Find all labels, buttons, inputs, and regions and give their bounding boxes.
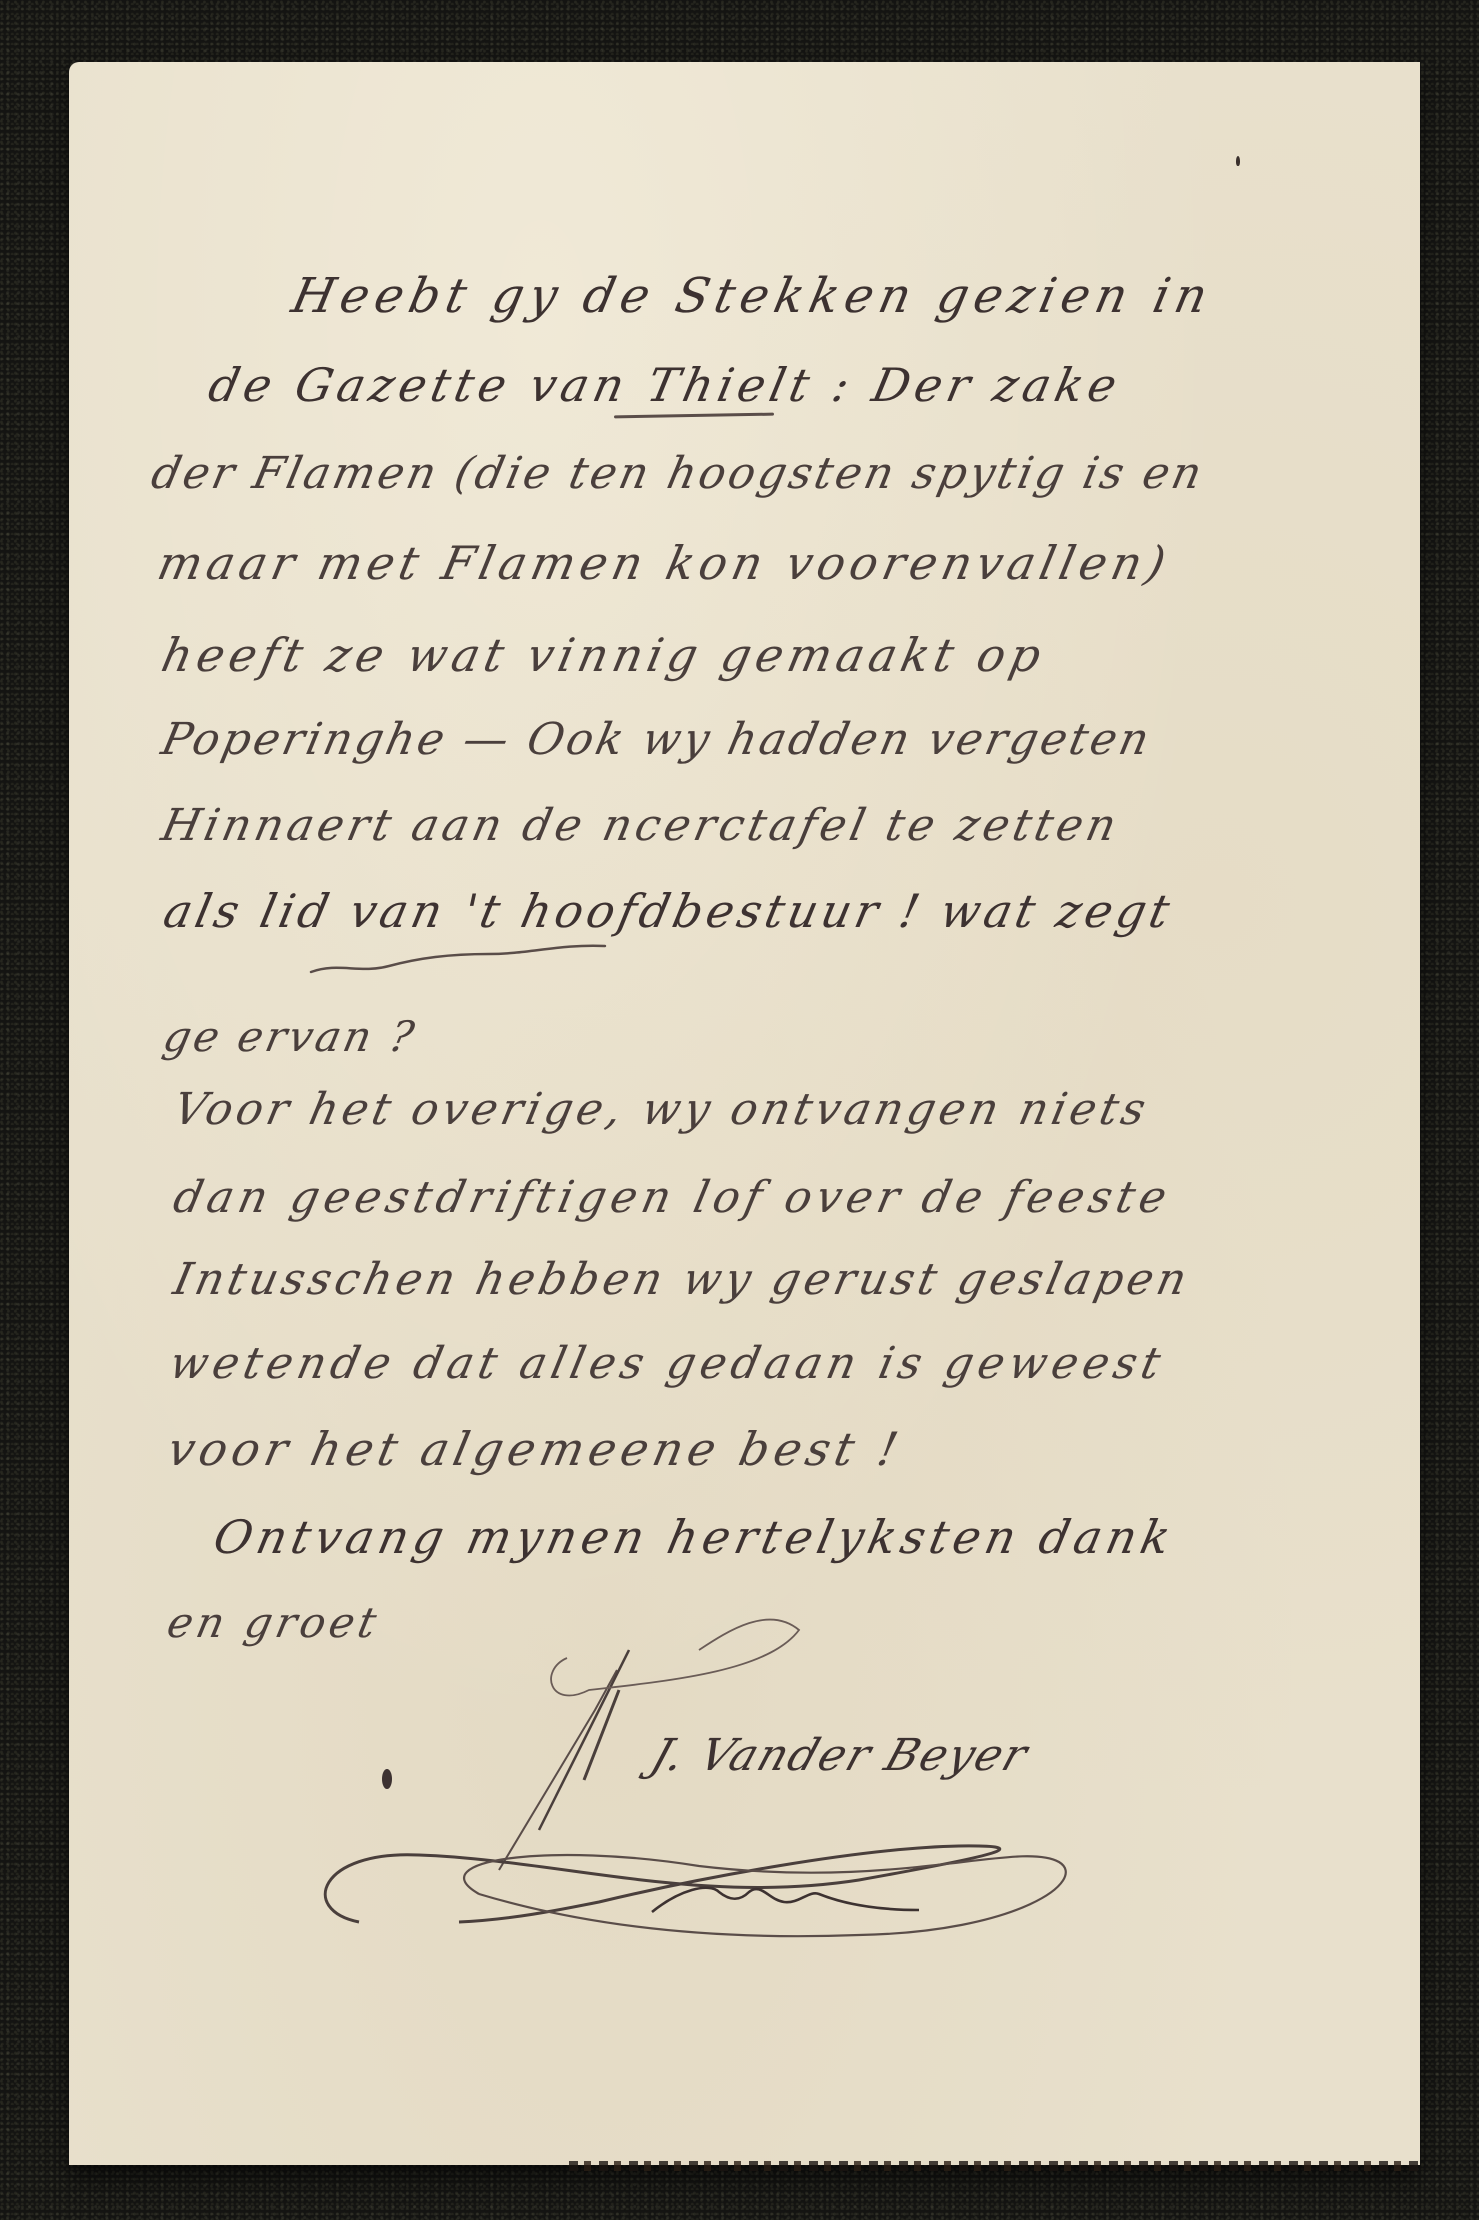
letter-line-14: voor het algemeene best ! — [163, 1422, 908, 1476]
letter-line-1: Heebt gy de Stekken gezien in — [287, 268, 1218, 324]
letter-line-3: der Flamen (die ten hoogsten spytig is e… — [147, 448, 1209, 499]
letter-line-12: Intusschen hebben wy gerust geslapen — [169, 1254, 1195, 1305]
letter-line-4: maar met Flamen kon voorenvallen) — [153, 536, 1175, 590]
letter-line-6: Poperinghe — Ook wy hadden vergeten — [157, 714, 1156, 765]
letter-line-7: Hinnaert aan de ncerctafel te zetten — [157, 800, 1125, 851]
letter-line-10: Voor het overige, wy ontvangen niets — [169, 1084, 1154, 1135]
letter-line-5: heeft ze wat vinnig gemaakt op — [157, 628, 1051, 682]
underline-hoofdbestuur — [309, 940, 609, 980]
letter-line-15: Ontvang mynen hertelyksten dank — [209, 1510, 1180, 1564]
signature-name: J. Vander Beyer — [645, 1730, 1036, 1781]
letter-line-8: als lid van 't hoofdbestuur ! wat zegt — [159, 884, 1178, 938]
letter-line-9: ge ervan ? — [159, 1012, 421, 1061]
signature: J. Vander Beyer — [299, 1610, 1369, 1940]
underline-van-thielt — [614, 413, 774, 419]
letter-line-13: wetende dat alles gedaan is geweest — [165, 1338, 1170, 1389]
letter-line-2: de Gazette van Thielt : Der zake — [204, 358, 1127, 412]
letter-line-11: dan geestdriftigen lof over de feeste — [169, 1172, 1176, 1223]
letter-page: Heebt gy de Stekken gezien in de Gazette… — [69, 62, 1420, 2165]
